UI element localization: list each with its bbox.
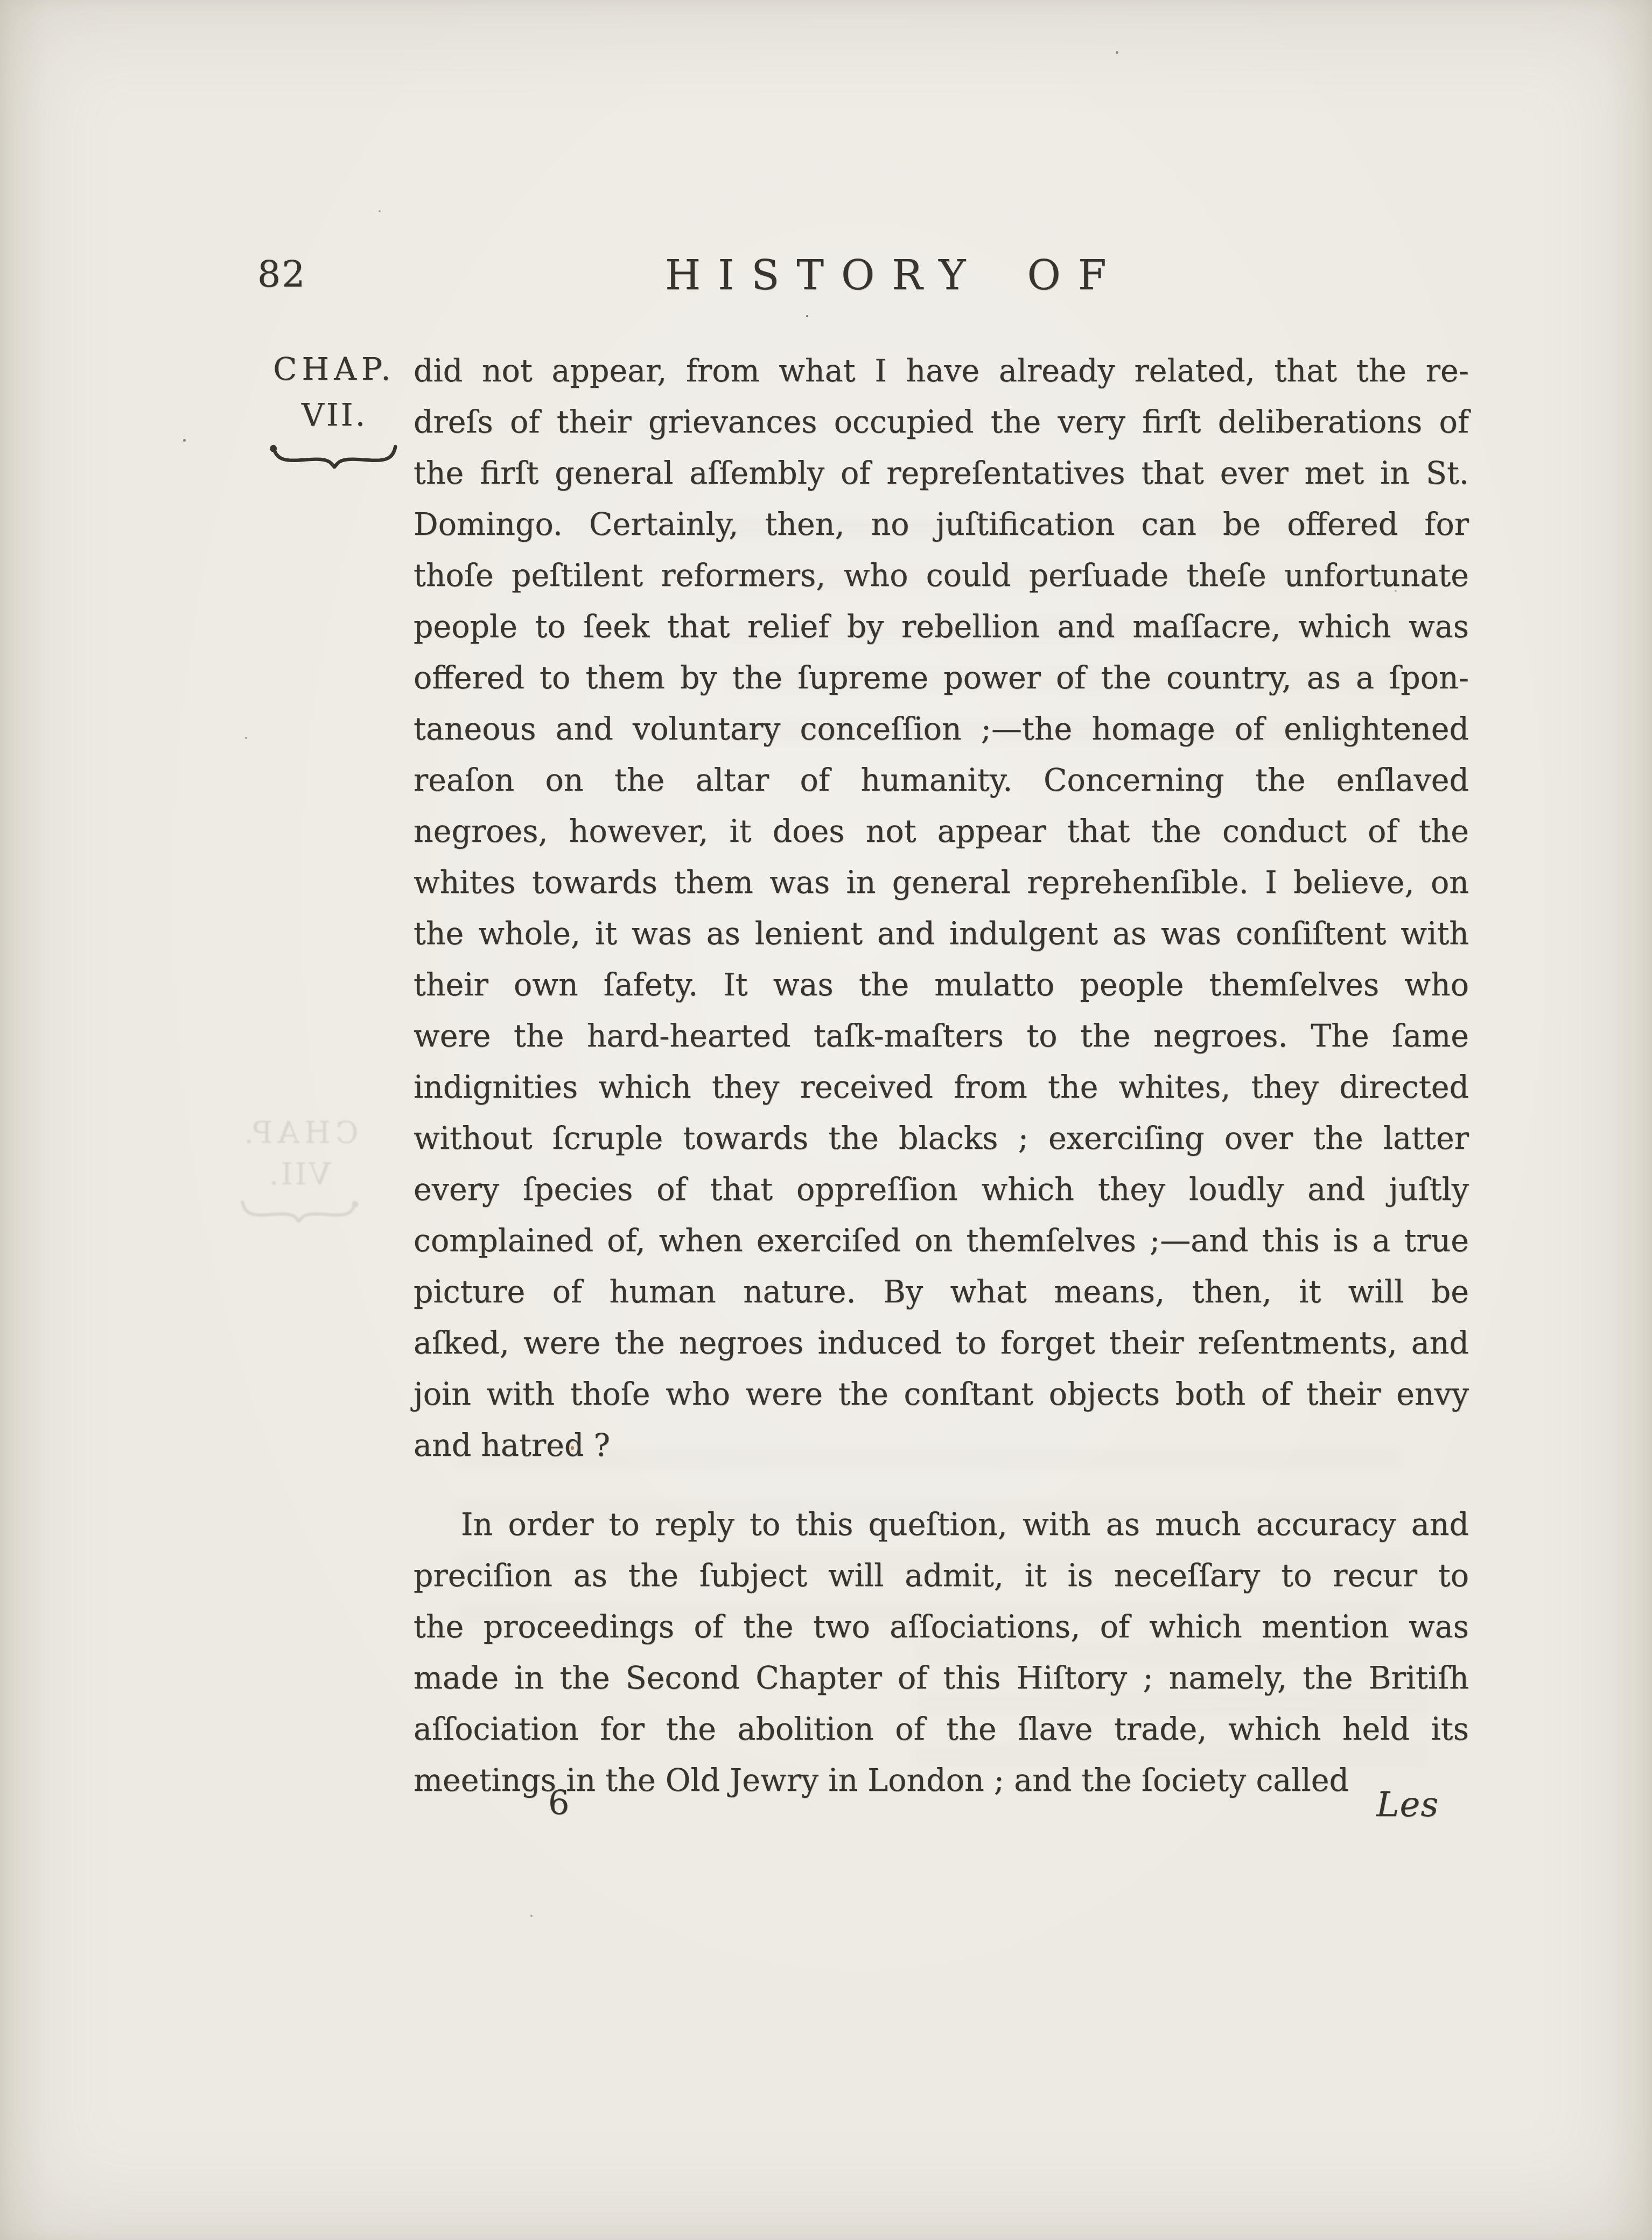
text-line: did not appear, from what I have already… [414,346,1469,397]
text-line: the firſt general aſſembly of repreſenta… [414,448,1469,499]
text-line: people to ſeek that relief by rebellion … [414,602,1469,653]
brace-flourish-icon [232,1197,366,1223]
paper-speck [530,1915,533,1917]
paper-speck [1116,51,1118,54]
bleedthrough-chapter-label: CHAP. [172,1112,425,1155]
paper-speck [806,315,808,317]
press-figure: 6 [548,1783,569,1822]
paper-speck [183,439,186,442]
text-line: preciſion as the ſubject will admit, it … [414,1551,1469,1602]
text-line: In order to reply to this queſtion, with… [414,1499,1469,1551]
book-page-scan: CHAP. VII. 82 HISTORY OF CHAP. VII. did … [0,0,1652,2240]
text-line: made in the Second Chapter of this Hiſto… [414,1653,1469,1704]
bleedthrough-chapter-number: VII. [172,1155,425,1195]
text-line: reaſon on the altar of humanity. Concern… [414,755,1469,806]
text-line: negroes, however, it does not appear tha… [414,806,1469,857]
catchword: Les [1376,1785,1439,1825]
chapter-number: VII. [257,393,411,436]
text-line: join with thoſe who were the conſtant ob… [414,1369,1469,1420]
text-line: offered to them by the ſupreme power of … [414,653,1469,704]
paper-speck [245,737,247,739]
body-text: did not appear, from what I have already… [414,346,1469,1806]
paragraph: In order to reply to this queſtion, with… [414,1499,1469,1806]
text-line: taneous and voluntary conceſſion ;—the h… [414,704,1469,755]
bleedthrough-sidenote: CHAP. VII. [172,1097,425,1223]
page-number: 82 [257,253,306,296]
text-line: Domingo. Certainly, then, no juſtificati… [414,499,1469,550]
text-line: meetings in the Old Jewry in London ; an… [414,1755,1469,1806]
text-line: every ſpecies of that oppreſſion which t… [414,1164,1469,1216]
text-line: dreſs of their grievances occupied the v… [414,397,1469,448]
paper-speck [379,210,381,212]
text-line: indignities which they received from the… [414,1062,1469,1113]
text-line: aſked, were the negroes induced to forge… [414,1318,1469,1369]
running-header: HISTORY OF [665,251,1124,299]
brace-flourish-icon [263,441,405,469]
text-line: whites towards them was in general repre… [414,857,1469,909]
text-line: without ſcruple towards the blacks ; exe… [414,1113,1469,1164]
chapter-sidenote: CHAP. VII. [257,345,411,469]
text-line: picture of human nature. By what means, … [414,1267,1469,1318]
text-line: the whole, it was as lenient and indulge… [414,909,1469,960]
text-line: the proceedings of the two aſſociations,… [414,1602,1469,1653]
text-line: aſſociation for the abolition of the ſla… [414,1704,1469,1755]
paper-speck [1395,590,1397,592]
chapter-label: CHAP. [257,345,411,393]
paper-speck [571,1446,574,1450]
text-line: complained of, when exerciſed on themſel… [414,1216,1469,1267]
text-line: their own ſafety. It was the mulatto peo… [414,960,1469,1011]
paragraph: did not appear, from what I have already… [414,346,1469,1471]
text-line: were the hard-hearted taſk-maſters to th… [414,1011,1469,1062]
text-line: thoſe peſtilent reformers, who could per… [414,550,1469,602]
